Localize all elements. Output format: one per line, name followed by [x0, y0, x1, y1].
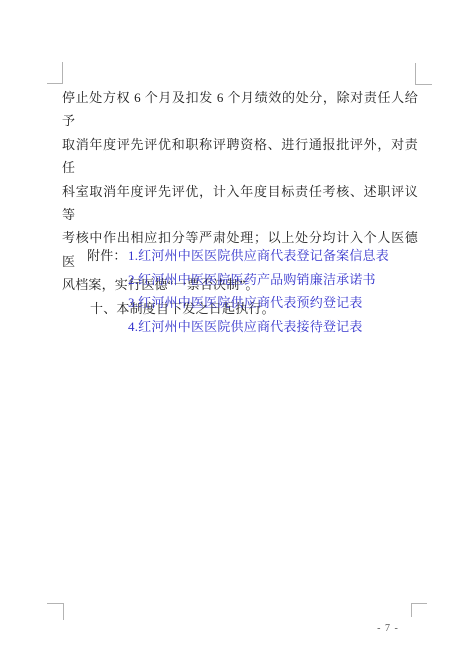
attachments-label-spacer	[87, 268, 128, 292]
attachments-block: 附件： 1.红河州中医医院供应商代表登记备案信息表 2.红河州中医医院医药产品购…	[87, 244, 389, 338]
attachment-item: 4.红河州中医医院供应商代表接待登记表	[128, 315, 363, 339]
page-number: - 7 -	[360, 623, 416, 634]
document-page: 停止处方权 6 个月及扣发 6 个月绩效的处分，除对责任人给予 取消年度评先评优…	[0, 0, 473, 671]
margin-crop-mark-bottom-right	[411, 603, 427, 617]
attachments-label-spacer	[87, 315, 128, 339]
attachments-label-spacer	[87, 291, 128, 315]
body-text-line: 科室取消年度评先评优，计入年度目标责任考核、述职评议等	[62, 180, 418, 227]
margin-crop-mark-bottom-left	[47, 603, 64, 620]
attachment-row: 3.红河州中医医院供应商代表预约登记表	[87, 291, 389, 315]
attachment-item: 1.红河州中医医院供应商代表登记备案信息表	[128, 244, 389, 268]
attachment-row: 4.红河州中医医院供应商代表接待登记表	[87, 315, 389, 339]
attachment-row: 2.红河州中医医院医药产品购销廉洁承诺书	[87, 268, 389, 292]
body-text-line: 取消年度评先评优和职称评聘资格、进行通报批评外，对责任	[62, 133, 418, 180]
attachments-label: 附件：	[87, 244, 128, 268]
margin-crop-mark-top-right	[415, 63, 432, 85]
attachment-row: 附件： 1.红河州中医医院供应商代表登记备案信息表	[87, 244, 389, 268]
margin-crop-mark-top-left	[47, 62, 63, 84]
attachment-item: 2.红河州中医医院医药产品购销廉洁承诺书	[128, 268, 376, 292]
body-text-line: 停止处方权 6 个月及扣发 6 个月绩效的处分，除对责任人给予	[62, 86, 418, 133]
attachment-item: 3.红河州中医医院供应商代表预约登记表	[128, 291, 363, 315]
